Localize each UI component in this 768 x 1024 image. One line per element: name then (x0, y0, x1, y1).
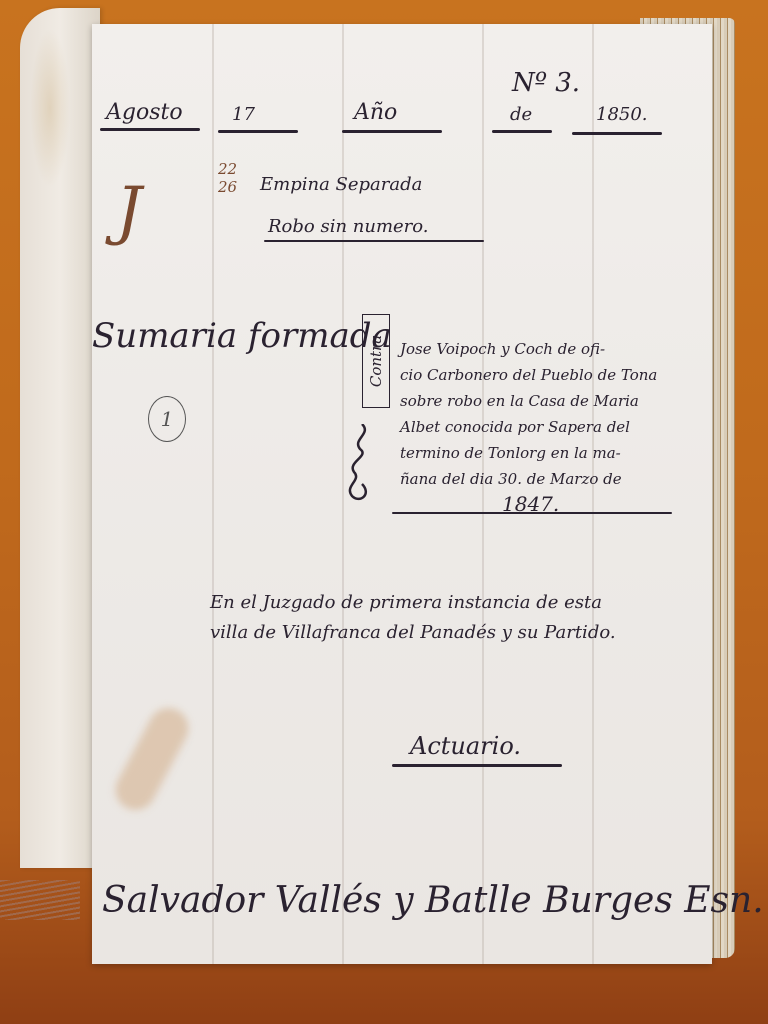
description-line: sobre robo en la Casa de Maria (400, 392, 639, 410)
header-month: Agosto (106, 100, 183, 125)
header-year: 1850. (596, 104, 648, 125)
court-line: villa de Villafranca del Panadés y su Pa… (210, 622, 616, 643)
circled-number-text: 1 (161, 407, 174, 431)
underline (264, 240, 484, 242)
underline (572, 132, 662, 135)
margin-number: 26 (218, 178, 237, 196)
document-title: Sumaria formada (92, 316, 392, 356)
underline (392, 512, 672, 514)
underline (218, 130, 298, 133)
description-line: ñana del dia 30. de Marzo de (400, 470, 622, 488)
court-line: En el Juzgado de primera instancia de es… (210, 592, 602, 613)
description-line: Jose Voipoch y Coch de ofi- (400, 340, 605, 358)
vertical-label: Contra (367, 335, 385, 387)
subject-line: Robo sin numero. (268, 216, 429, 237)
underline (342, 130, 442, 133)
header-year-label: Año (354, 100, 397, 125)
fold-line (482, 24, 484, 964)
underline (100, 128, 200, 131)
underline (392, 764, 562, 767)
underline (492, 130, 552, 133)
folder-cover-page (20, 8, 100, 868)
margin-number: 22 (218, 160, 237, 178)
header-day: 17 (232, 104, 255, 125)
fold-line (212, 24, 214, 964)
description-line: termino de Tonlorg en la ma- (400, 444, 621, 462)
margin-initial: J (116, 174, 142, 248)
signature: Salvador Vallés y Batlle Burges Esn. (102, 880, 764, 921)
ink-stain (109, 701, 196, 817)
description-line: cio Carbonero del Pueblo de Tona (400, 366, 657, 384)
contra-box: Contra (362, 314, 390, 408)
document-page: Nº 3. Agosto 17 Año de 1850. 22 26 J Emp… (92, 24, 712, 964)
header-de: de (510, 104, 532, 125)
flourish-icon (342, 424, 382, 514)
fold-line (592, 24, 594, 964)
role-title: Actuario. (410, 732, 521, 760)
document-number: Nº 3. (512, 68, 580, 98)
binding-string (0, 880, 80, 920)
circled-number: 1 (148, 396, 186, 442)
description-line: Albet conocida por Sapera del (400, 418, 630, 436)
age-stain (30, 28, 70, 188)
subject-line: Empina Separada (260, 174, 422, 195)
